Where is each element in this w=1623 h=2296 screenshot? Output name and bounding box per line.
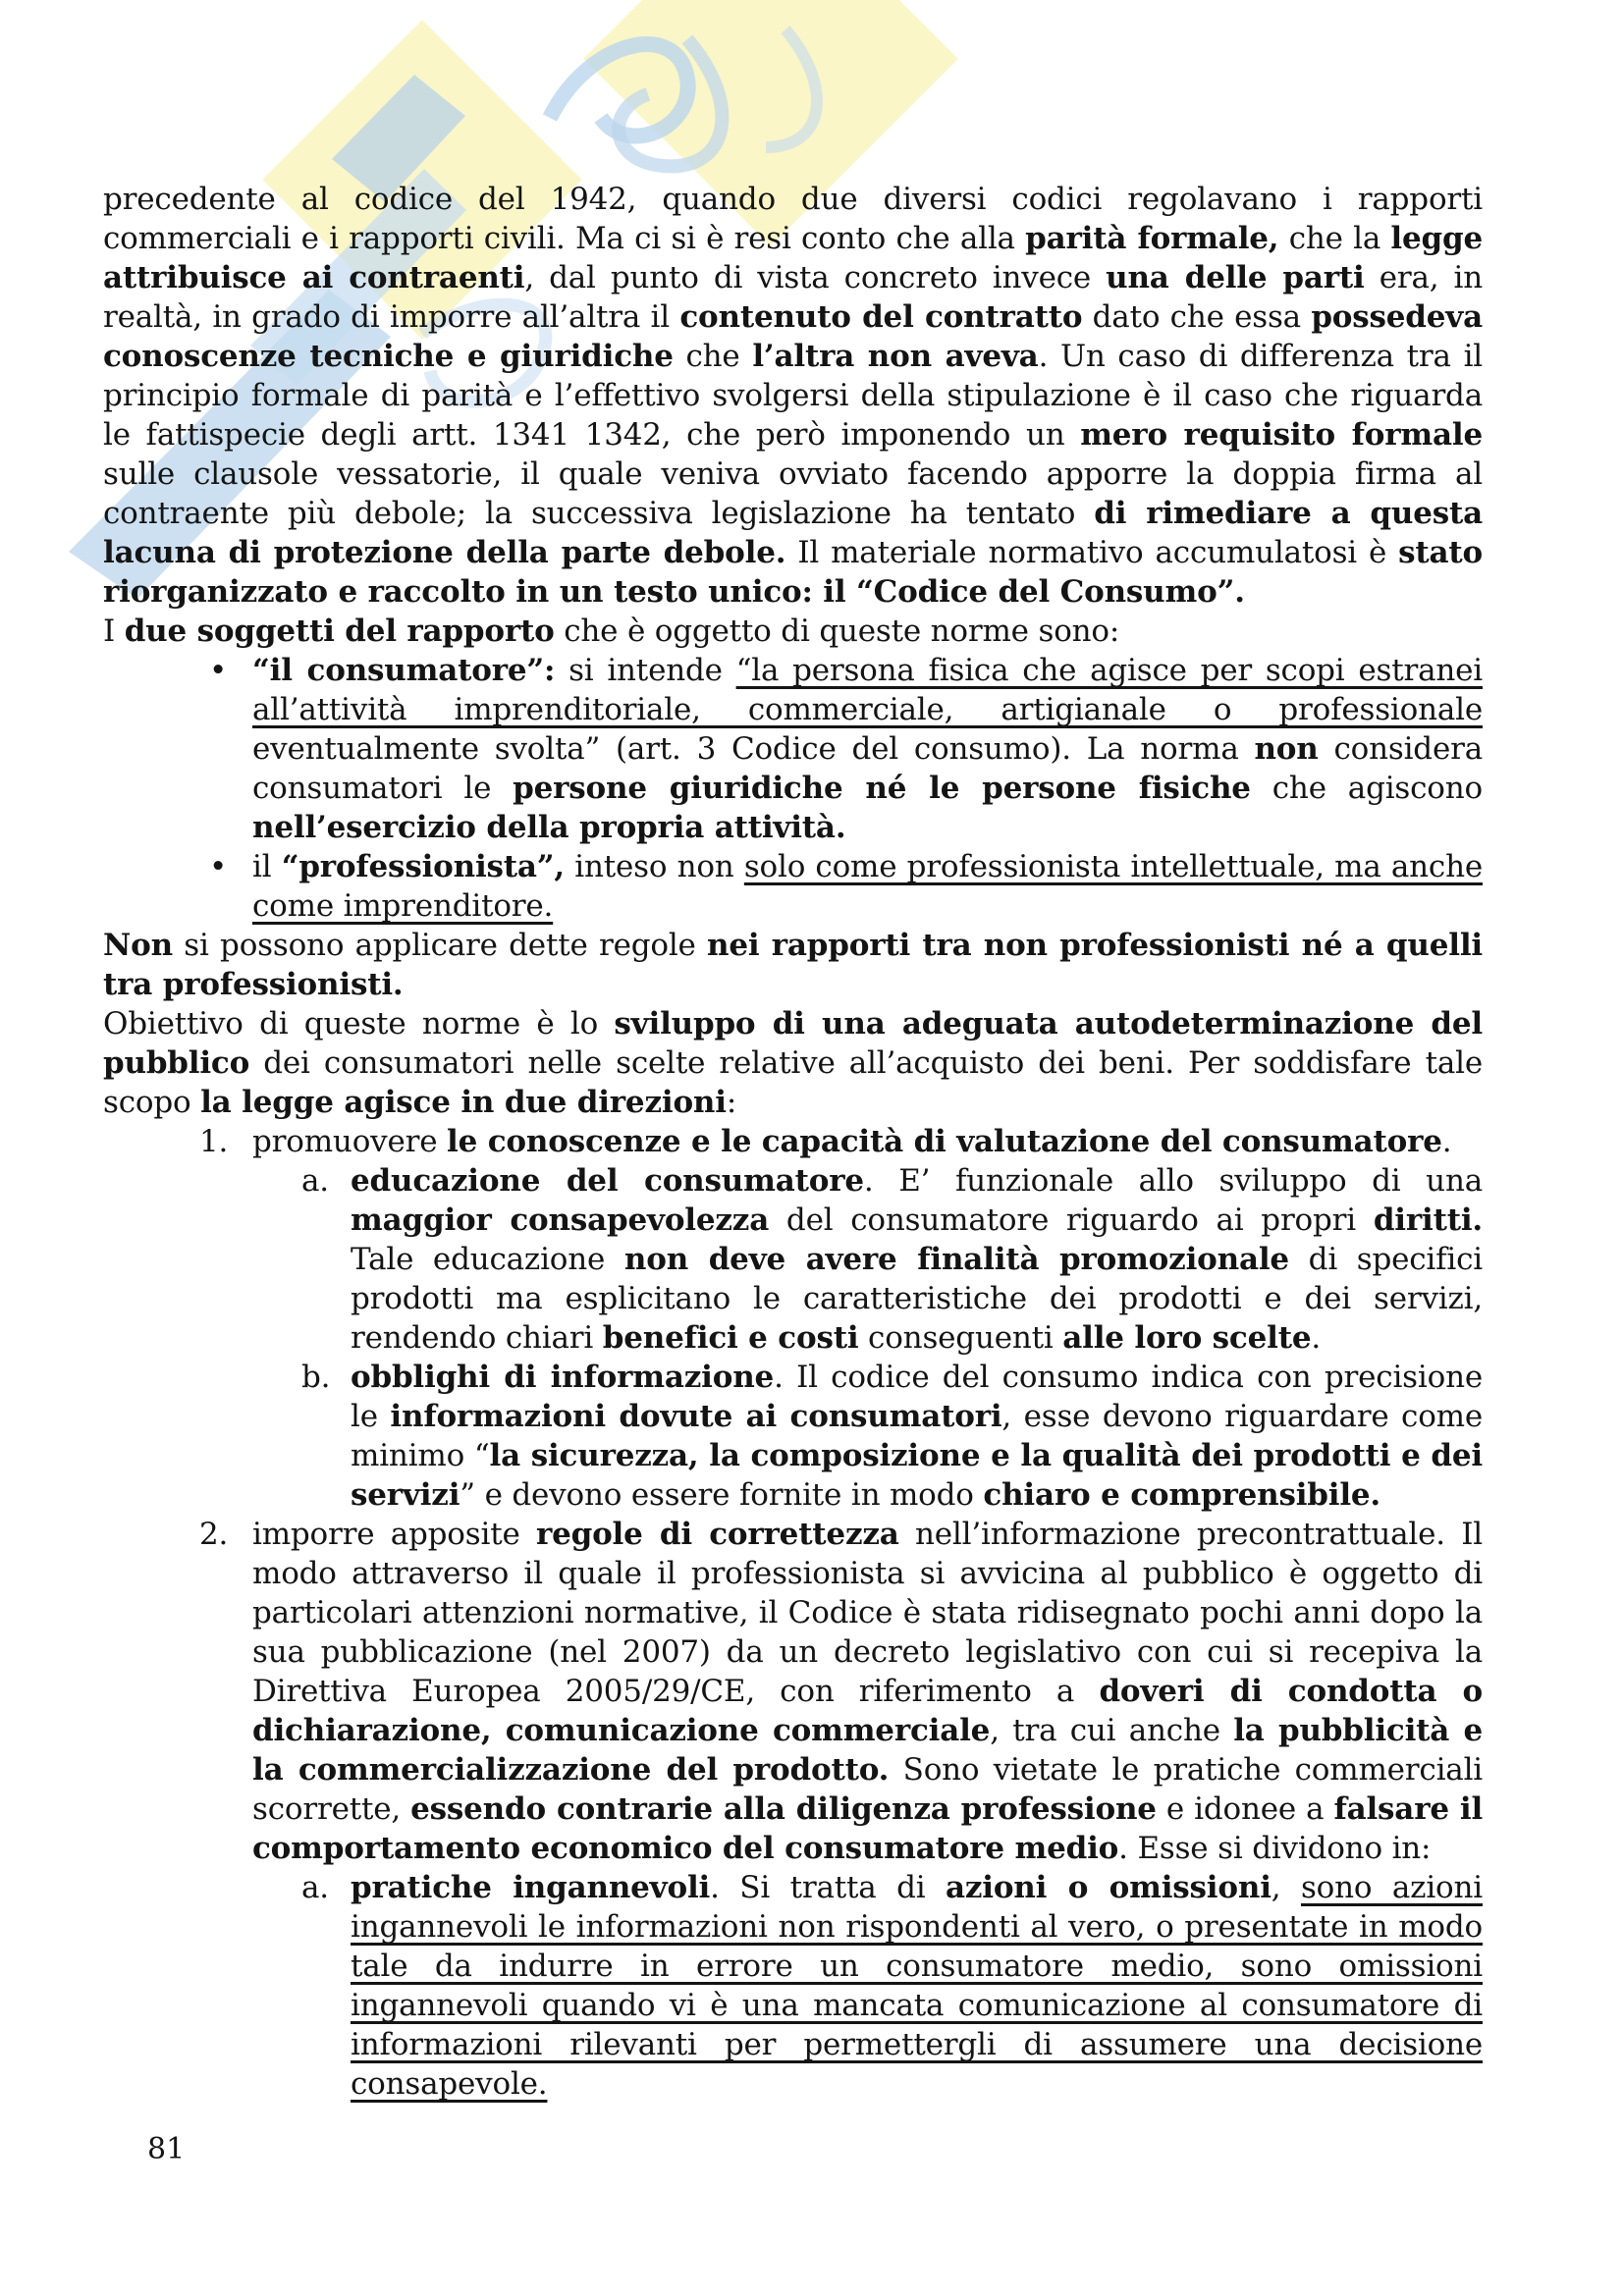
- list-item-1-promuovere: 1. promuovere le conoscenze e le capacit…: [252, 1122, 1483, 1515]
- paragraph-intro: precedente al codice del 1942, quando du…: [103, 180, 1483, 612]
- paragraph-obiettivo: Obiettivo di queste norme è lo sviluppo …: [103, 1004, 1483, 1122]
- sublist-2: a. pratiche ingannevoli. Si tratta di az…: [252, 1868, 1483, 2104]
- number-marker: 2.: [199, 1515, 228, 1554]
- number-marker: 1.: [199, 1122, 228, 1161]
- document-page: precedente al codice del 1942, quando du…: [0, 0, 1623, 2296]
- bullet-marker: •: [209, 847, 227, 886]
- list-item-text: promuovere le conoscenze e le capacità d…: [252, 1124, 1451, 1159]
- sublist-1: a. educazione del consumatore. E’ funzio…: [252, 1161, 1483, 1515]
- sublist-item-text: pratiche ingannevoli. Si tratta di azion…: [351, 1870, 1483, 2102]
- sublist-item-text: obblighi di informazione. Il codice del …: [351, 1360, 1483, 1513]
- list-item-2-imporre: 2. imporre apposite regole di correttezz…: [252, 1515, 1483, 2104]
- paragraph-soggetti: I due soggetti del rapporto che è oggett…: [103, 612, 1483, 651]
- numbered-list: 1. promuovere le conoscenze e le capacit…: [103, 1122, 1483, 2104]
- list-item-text: imporre apposite regole di correttezza n…: [252, 1517, 1483, 1866]
- sublist-item-a-educazione: a. educazione del consumatore. E’ funzio…: [351, 1161, 1483, 1358]
- page-body-text: precedente al codice del 1942, quando du…: [103, 0, 1483, 2104]
- letter-marker: a.: [301, 1161, 329, 1201]
- bullet-item-professionista: • il “professionista”, inteso non solo c…: [252, 847, 1483, 926]
- bullet-item-text: “il consumatore”: si intende “la persona…: [252, 653, 1483, 845]
- paragraph-non-applicabilita: Non si possono applicare dette regole ne…: [103, 926, 1483, 1004]
- letter-marker: a.: [301, 1868, 329, 1907]
- bullet-marker: •: [209, 651, 227, 690]
- page-number: 81: [147, 2132, 185, 2166]
- sublist-item-b-obblighi: b. obblighi di informazione. Il codice d…: [351, 1358, 1483, 1515]
- bullet-list: • “il consumatore”: si intende “la perso…: [103, 651, 1483, 926]
- letter-marker: b.: [301, 1358, 330, 1397]
- bullet-item-consumatore: • “il consumatore”: si intende “la perso…: [252, 651, 1483, 847]
- bullet-item-text: il “professionista”, inteso non solo com…: [252, 849, 1483, 924]
- sublist-item-text: educazione del consumatore. E’ funzional…: [351, 1163, 1483, 1356]
- sublist-item-a-pratiche: a. pratiche ingannevoli. Si tratta di az…: [351, 1868, 1483, 2104]
